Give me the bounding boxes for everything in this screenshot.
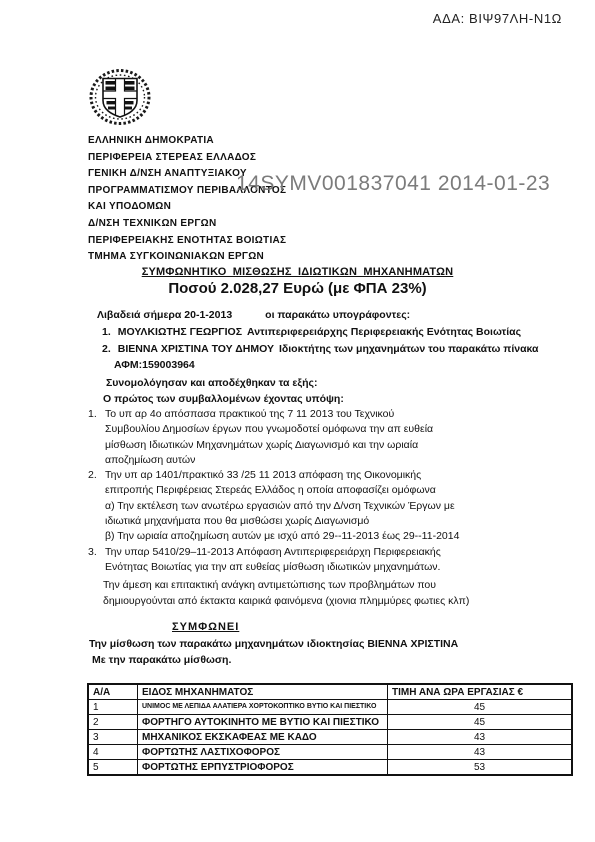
text-line: επιτροπής Περιφέρειας Στερεάς Ελλάδος η … [105, 483, 538, 498]
signer-2: 2.ΒΙΕΝΝΑ ΧΡΙΣΤΙΝΑ ΤΟΥ ΔΗΜΟΥΙδιοκτήτης τω… [102, 343, 539, 355]
signer-role: Ιδιοκτήτης των μηχανημάτων του παρακάτω … [279, 343, 539, 355]
consideration-item-1: 1. Το υπ αρ 4ο απόσπασα πρακτικού της 7 … [88, 407, 538, 468]
table-row: 5 ΦΟΡΤΩΤΗΣ ΕΡΠΥΣΤΡΙΟΦΟΡΟΣ 53 [88, 760, 572, 776]
cell-type: ΦΟΡΤΗΓΟ ΑΥΤΟΚΙΝΗΤΟ ΜΕ ΒΥΤΙΟ ΚΑΙ ΠΙΕΣΤΙΚΟ [138, 715, 388, 730]
registry-watermark: 14SYMV001837041 2014-01-23 [236, 172, 550, 196]
urgency-paragraph: Την άμεση και επιτακτική ανάγκη αντιμετώ… [103, 577, 469, 609]
cell-aa: 2 [88, 715, 138, 730]
item-text: Το υπ αρ 4ο απόσπασα πρακτικού της 7 11 … [105, 407, 538, 468]
consideration-item-2: 2. Την υπ αρ 1401/πρακτικό 33 /25 11 201… [88, 468, 538, 544]
cell-price: 45 [388, 715, 573, 730]
cell-price: 43 [388, 745, 573, 760]
cell-aa: 5 [88, 760, 138, 776]
cell-type: ΦΟΡΤΩΤΗΣ ΕΡΠΥΣΤΡΙΟΦΟΡΟΣ [138, 760, 388, 776]
cell-aa: 3 [88, 730, 138, 745]
signer-1: 1.ΜΟΥΛΚΙΩΤΗΣ ΓΕΩΡΓΙΟΣΑντιπεριφερειάρχης … [102, 326, 521, 338]
cell-aa: 4 [88, 745, 138, 760]
cell-type: ΜΗΧΑΝΙΚΟΣ ΕΚΣΚΑΦΕΑΣ ΜΕ ΚΑΔΟ [138, 730, 388, 745]
table-header-row: Α/Α ΕΙΔΟΣ ΜΗΧΑΝΗΜΑΤΟΣ ΤΙΜΗ ΑΝΑ ΩΡΑ ΕΡΓΑΣ… [88, 684, 572, 700]
signer-role: Αντιπεριφερειάρχης Περιφερειακής Ενότητα… [247, 326, 521, 338]
signer-number: 2. [102, 343, 111, 355]
text-line: ιδιωτικά μηχανήματα που θα μισθώσει χωρί… [105, 514, 538, 529]
table-row: 1 UNIMOC ΜΕ ΛΕΠΙΔΑ ΑΛΑΤΙΕΡΑ ΧΟΡΤΟΚΟΠΤΙΚΟ… [88, 700, 572, 715]
text-line: Ενότητας Βοιωτίας για την απ ευθείας μίσ… [105, 560, 538, 575]
document-amount: Ποσού 2.028,27 Ευρώ (με ΦΠΑ 23%) [0, 280, 595, 297]
cell-type: ΦΟΡΤΩΤΗΣ ΛΑΣΤΙΧΟΦΟΡΟΣ [138, 745, 388, 760]
text-line: δημιουργούνται από έκτακτα καιρικά φαινό… [103, 593, 469, 609]
intro-signatories: οι παρακάτω υπογράφοντες: [265, 309, 410, 321]
agency-header: ΕΛΛΗΝΙΚΗ ΔΗΜΟΚΡΑΤΙΑ ΠΕΡΙΦΕΡΕΙΑ ΣΤΕΡΕΑΣ Ε… [88, 133, 286, 266]
intro-place-date: Λιβαδειά σήμερα 20-1-2013 [97, 309, 232, 321]
text-line: Το υπ αρ 4ο απόσπασα πρακτικού της 7 11 … [105, 407, 538, 422]
text-line: μίσθωση Ιδιωτικών Μηχανημάτων χωρίς Διαγ… [105, 438, 538, 453]
signer-name: ΒΙΕΝΝΑ ΧΡΙΣΤΙΝΑ ΤΟΥ ΔΗΜΟΥ [118, 343, 274, 355]
item-number: 1. [88, 407, 105, 468]
intro-line: Λιβαδειά σήμερα 20-1-2013οι παρακάτω υπο… [97, 309, 410, 321]
cell-price: 53 [388, 760, 573, 776]
text-line: Την υπ αρ 1401/πρακτικό 33 /25 11 2013 α… [105, 468, 538, 483]
table-row: 2 ΦΟΡΤΗΓΟ ΑΥΤΟΚΙΝΗΤΟ ΜΕ ΒΥΤΙΟ ΚΑΙ ΠΙΕΣΤΙ… [88, 715, 572, 730]
agency-line: ΤΜΗΜΑ ΣΥΓΚΟΙΝΩΝΙΑΚΩΝ ΕΡΓΩΝ [88, 249, 286, 266]
greek-emblem-logo [88, 69, 152, 127]
agreement-line-2: Με την παρακάτω μίσθωση. [92, 654, 231, 666]
header-aa: Α/Α [88, 684, 138, 700]
header-type: ΕΙΔΟΣ ΜΗΧΑΝΗΜΑΤΟΣ [138, 684, 388, 700]
item-text: Την υπ αρ 1401/πρακτικό 33 /25 11 2013 α… [105, 468, 538, 544]
agency-line: ΠΕΡΙΦΕΡΕΙΑΚΗΣ ΕΝΟΤΗΤΑΣ ΒΟΙΩΤΙΑΣ [88, 233, 286, 250]
signer-name: ΜΟΥΛΚΙΩΤΗΣ ΓΕΩΡΓΙΟΣ [118, 326, 242, 338]
agency-line: ΕΛΛΗΝΙΚΗ ΔΗΜΟΚΡΑΤΙΑ [88, 133, 286, 150]
item-text: Την υπαρ 5410/29–11-2013 Απόφαση Αντιπερ… [105, 545, 538, 576]
consideration-item-3: 3. Την υπαρ 5410/29–11-2013 Απόφαση Αντι… [88, 545, 538, 576]
afm-number: ΑΦΜ:159003964 [114, 359, 195, 371]
text-line: αποζημίωση αυτών [105, 453, 538, 468]
cell-type: UNIMOC ΜΕ ΛΕΠΙΔΑ ΑΛΑΤΙΕΡΑ ΧΟΡΤΟΚΟΠΤΙΚΟ Β… [138, 700, 388, 715]
text-line: Την άμεση και επιτακτική ανάγκη αντιμετώ… [103, 577, 469, 593]
text-line: α) Την εκτέλεση των ανωτέρω εργασιών από… [105, 499, 538, 514]
agency-line: Δ/ΝΣΗ ΤΕΧΝΙΚΩΝ ΕΡΓΩΝ [88, 216, 286, 233]
document-title: ΣΥΜΦΩΝΗΤΙΚΟ ΜΙΣΘΩΣΗΣ ΙΔΙΩΤΙΚΩΝ ΜΗΧΑΝΗΜΑΤ… [0, 266, 595, 278]
header-price: ΤΙΜΗ ΑΝΑ ΩΡΑ ΕΡΓΑΣΙΑΣ € [388, 684, 573, 700]
agency-line: ΠΕΡΙΦΕΡΕΙΑ ΣΤΕΡΕΑΣ ΕΛΛΑΔΟΣ [88, 150, 286, 167]
machinery-table: Α/Α ΕΙΔΟΣ ΜΗΧΑΝΗΜΑΤΟΣ ΤΙΜΗ ΑΝΑ ΩΡΑ ΕΡΓΑΣ… [87, 683, 573, 776]
table-row: 3 ΜΗΧΑΝΙΚΟΣ ΕΚΣΚΑΦΕΑΣ ΜΕ ΚΑΔΟ 43 [88, 730, 572, 745]
text-line: Συμβουλίου Δημοσίων έργων που γνωμοδοτεί… [105, 422, 538, 437]
agreement-line-1: Την μίσθωση των παρακάτω μηχανημάτων ιδι… [89, 638, 458, 650]
first-party-line: Ο πρώτος των συμβαλλομένων έχοντας υπόψη… [103, 393, 344, 405]
signer-number: 1. [102, 326, 111, 338]
cell-price: 45 [388, 700, 573, 715]
cell-price: 43 [388, 730, 573, 745]
considerations-list: 1. Το υπ αρ 4ο απόσπασα πρακτικού της 7 … [88, 407, 538, 575]
document-page: ΑΔΑ: ΒΙΨ97ΛΗ-Ν1Ω ΕΛΛΗΝΙΚΗ ΔΗΜΟΚΡΑΤΙΑ ΠΕΡ… [0, 0, 595, 842]
agency-line: ΚΑΙ ΥΠΟΔΟΜΩΝ [88, 199, 286, 216]
cell-aa: 1 [88, 700, 138, 715]
text-line: β) Την ωριαία αποζημίωση αυτών με ισχύ α… [105, 529, 538, 544]
item-number: 2. [88, 468, 105, 544]
agreed-line: Συνομολόγησαν και αποδέχθηκαν τα εξής: [106, 377, 317, 389]
text-line: Την υπαρ 5410/29–11-2013 Απόφαση Αντιπερ… [105, 545, 538, 560]
item-number: 3. [88, 545, 105, 576]
table-row: 4 ΦΟΡΤΩΤΗΣ ΛΑΣΤΙΧΟΦΟΡΟΣ 43 [88, 745, 572, 760]
agrees-heading: ΣΥΜΦΩΝΕΙ [172, 621, 239, 633]
ada-code: ΑΔΑ: ΒΙΨ97ΛΗ-Ν1Ω [433, 11, 562, 26]
